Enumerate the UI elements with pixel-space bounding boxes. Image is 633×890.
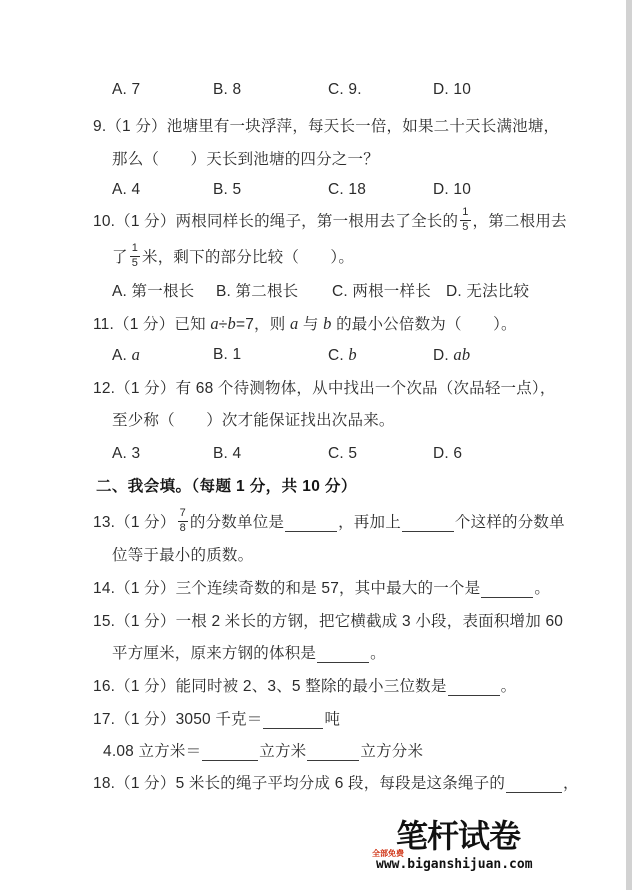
answer-blank [307,740,359,761]
option-item: A. 7 [112,77,140,103]
text-run: A. 7 [112,81,140,98]
text-run: A. 3 [112,445,140,462]
text-run: ，第二根用去 [473,213,567,230]
option-item: D. 10 [433,77,471,103]
option-item: A. 4 [112,177,140,203]
q13-line1: 13.（1 分）78的分数单位是，再加上个这样的分数单 [93,510,565,536]
text-run: D. 10 [433,181,471,198]
text-run: 那么（ ）天长到池塘的四分之一？ [112,151,379,168]
answer-blank [285,511,337,532]
text-run: 。 [534,580,550,597]
text-run: 16.（1 分）能同时被 2、3、5 整除的最小三位数是 [93,678,447,695]
option-item: C. b [328,342,357,369]
option-item: C. 9. [328,77,362,103]
text-run: D. 10 [433,81,471,98]
fraction-numerator: 7 [178,508,188,522]
answer-blank [402,511,454,532]
q9-line1: 9.（1 分）池塘里有一块浮萍，每天长一倍，如果二十天长满池塘， [93,114,559,140]
option-item: B. 8 [213,77,241,103]
text-run: D. [433,347,453,364]
math-variable: b [323,314,331,333]
text-run: 至少称（ ）次才能保证找出次品来。 [112,412,395,429]
answer-blank [202,740,258,761]
option-item: C. 18 [328,177,366,203]
text-run: D. 无法比较 [446,283,529,300]
text-run: 立方米 [259,743,306,760]
text-run: 14.（1 分）三个连续奇数的和是 57，其中最大的一个是 [93,580,480,597]
q9-line2: 那么（ ）天长到池塘的四分之一？ [112,147,379,173]
text-run: 17.（1 分）3050 千克＝ [93,711,262,728]
math-variable: b [348,345,356,364]
text-run: B. 1 [213,346,241,363]
text-run: A. 4 [112,181,140,198]
text-run: C. 两根一样长 [332,283,431,300]
exam-body: A. 7B. 8C. 9.D. 109.（1 分）池塘里有一块浮萍，每天长一倍，… [0,0,633,890]
text-run: 13.（1 分） [93,514,176,531]
text-run: ， [563,775,579,792]
q18-line1: 18.（1 分）5 米长的绳子平均分成 6 段，每段是这条绳子的， [93,771,579,797]
option-item: C. 5 [328,441,357,467]
q10-line2: 了15米，剩下的部分比较（ ）。 [112,245,354,271]
answer-blank [263,708,323,729]
exam-page: A. 7B. 8C. 9.D. 109.（1 分）池塘里有一块浮萍，每天长一倍，… [0,0,633,890]
text-run: 吨 [324,711,340,728]
fraction-denominator: 5 [462,221,468,234]
q14-line1: 14.（1 分）三个连续奇数的和是 57，其中最大的一个是。 [93,576,550,602]
option-item: A. 第一根长 [112,279,194,305]
text-run: 的分数单位是 [190,514,284,531]
q12-line2: 至少称（ ）次才能保证找出次品来。 [112,408,395,434]
math-variable: b [228,314,236,333]
answer-blank [448,675,500,696]
text-run: 11.（1 分）已知 [93,316,210,333]
q15-line2: 平方厘米，原来方钢的体积是。 [112,641,386,667]
text-run: ，再加上 [338,514,401,531]
option-item: D. ab [433,342,470,369]
math-variable: ab [453,345,470,364]
fraction-denominator: 5 [132,257,138,270]
option-item: B. 1 [213,342,241,368]
text-run: B. 5 [213,181,241,198]
option-item: D. 无法比较 [446,279,529,305]
option-item: B. 5 [213,177,241,203]
text-run: 立方分米 [360,743,423,760]
q12-line1: 12.（1 分）有 68 个待测物体，从中找出一个次品（次品轻一点）， [93,376,556,402]
text-run: 了 [112,249,128,266]
option-item: A. a [112,342,140,369]
fraction-numerator: 1 [130,243,140,257]
q16-line1: 16.（1 分）能同时被 2、3、5 整除的最小三位数是。 [93,674,516,700]
q15-line1: 15.（1 分）一根 2 米长的方钢，把它横截成 3 小段，表面积增加 60 [93,609,563,635]
answer-blank [506,772,562,793]
option-item: D. 10 [433,177,471,203]
q13-line2: 位等于最小的质数。 [112,543,253,569]
text-run: =7，则 [236,316,290,333]
text-run: ÷ [219,316,228,333]
text-run: C. 9. [328,81,362,98]
math-variable: a [210,314,218,333]
text-run: 4.08 立方米＝ [103,743,201,760]
text-run: C. [328,347,348,364]
text-run: 9.（1 分）池塘里有一块浮萍，每天长一倍，如果二十天长满池塘， [93,118,559,135]
text-run: A. 第一根长 [112,283,194,300]
section2-header: 二、我会填。（每题 1 分，共 10 分） [96,474,357,500]
text-run: 与 [298,316,323,333]
option-item: A. 3 [112,441,140,467]
q17-line2: 4.08 立方米＝立方米立方分米 [103,739,423,765]
option-item: B. 第二根长 [216,279,298,305]
answer-blank [481,577,533,598]
text-run: 位等于最小的质数。 [112,547,253,564]
text-run: C. 18 [328,181,366,198]
option-item: D. 6 [433,441,462,467]
text-run: 。 [501,678,517,695]
text-run: 的最小公倍数为（ ）。 [332,316,517,333]
text-run: 二、我会填。（每题 1 分，共 10 分） [96,478,357,495]
fraction: 78 [178,508,188,534]
text-run: 。 [370,645,386,662]
text-run: 个这样的分数单 [455,514,565,531]
text-run: B. 8 [213,81,241,98]
fraction: 15 [130,243,140,269]
text-run: 米，剩下的部分比较（ ）。 [142,249,354,266]
text-run: C. 5 [328,445,357,462]
text-run: 18.（1 分）5 米长的绳子平均分成 6 段，每段是这条绳子的 [93,775,505,792]
text-run: 10.（1 分）两根同样长的绳子，第一根用去了全长的 [93,213,458,230]
text-run: 15.（1 分）一根 2 米长的方钢，把它横截成 3 小段，表面积增加 60 [93,613,563,630]
text-run: 12.（1 分）有 68 个待测物体，从中找出一个次品（次品轻一点）， [93,380,556,397]
option-item: B. 4 [213,441,241,467]
option-item: C. 两根一样长 [332,279,431,305]
text-run: 平方厘米，原来方钢的体积是 [112,645,316,662]
answer-blank [317,642,369,663]
q11-line1: 11.（1 分）已知 a÷b=7，则 a 与 b 的最小公倍数为（ ）。 [93,311,517,337]
fraction-denominator: 8 [180,522,186,535]
text-run: B. 第二根长 [216,283,298,300]
scrollbar-track[interactable] [626,0,632,890]
text-run: B. 4 [213,445,241,462]
text-run: A. [112,347,132,364]
fraction: 15 [460,207,470,233]
q10-line1: 10.（1 分）两根同样长的绳子，第一根用去了全长的15，第二根用去 [93,209,567,235]
math-variable: a [132,345,140,364]
text-run: D. 6 [433,445,462,462]
fraction-numerator: 1 [460,207,470,221]
q17-line1: 17.（1 分）3050 千克＝吨 [93,707,340,733]
